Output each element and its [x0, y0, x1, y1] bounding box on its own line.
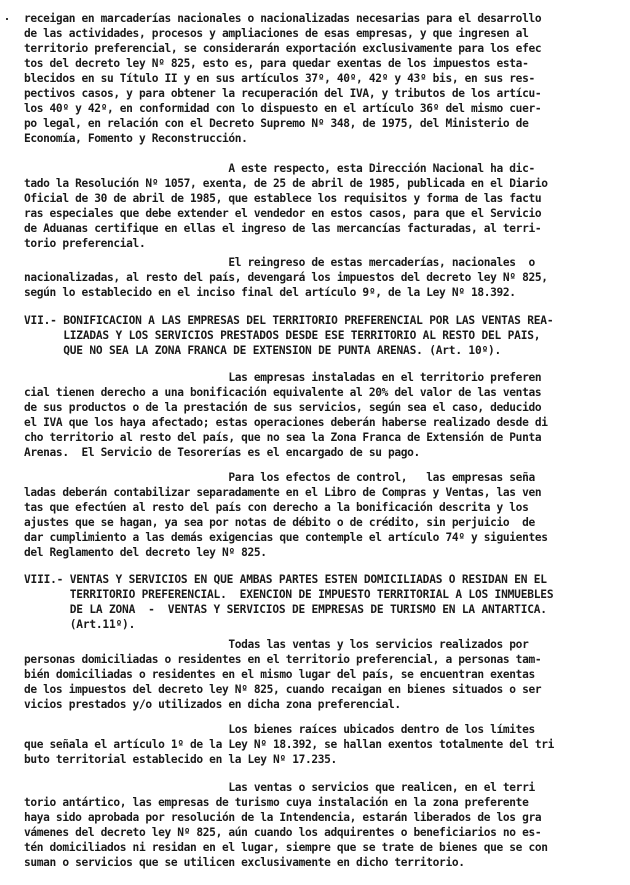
text-line: Los bienes raíces ubicados dentro de los… — [24, 722, 535, 737]
text-line: tado la Resolución Nº 1057, exenta, de 2… — [24, 176, 548, 191]
text-line: del Reglamento del decreto ley Nº 825. — [24, 545, 267, 560]
heading-line: LIZADAS Y LOS SERVICIOS PRESTADOS DESDE … — [24, 328, 540, 343]
text-line: torio antártico, las empresas de turismo… — [24, 795, 528, 810]
text-line: receigan en marcaderías nacionales o nac… — [24, 11, 541, 26]
text-line: Las empresas instaladas en el territorio… — [24, 370, 541, 385]
heading-line: QUE NO SEA LA ZONA FRANCA DE EXTENSION D… — [24, 343, 501, 358]
text-line: tos del decreto ley Nº 825, esto es, par… — [24, 56, 528, 71]
text-line: ladas deberán contabilizar separadamente… — [24, 485, 541, 500]
text-line: tén domiciliados ni residan en el lugar,… — [24, 840, 548, 855]
text-line: ajustes que se hagan, ya sea por notas d… — [24, 515, 535, 530]
text-line: de los impuestos del decreto ley Nº 825,… — [24, 682, 541, 697]
text-line: torio preferencial. — [24, 236, 145, 251]
heading-line: DE LA ZONA - VENTAS Y SERVICIOS DE EMPRE… — [24, 602, 547, 617]
text-line: haya sido aprobada por resolución de la … — [24, 810, 541, 825]
text-line: Economía, Fomento y Reconstrucción. — [24, 131, 248, 146]
text-line: personas domiciliadas o residentes en el… — [24, 652, 541, 667]
text-line: Arenas. El Servicio de Tesorerías es el … — [24, 445, 420, 460]
text-line: bién domiciliadas o residentes en el mis… — [24, 667, 535, 682]
text-line: vicios prestados y/o utilizados en dicha… — [24, 697, 401, 712]
text-line: pectivos casos, y para obtener la recupe… — [24, 86, 541, 101]
text-line: cho territorio al resto del país, que no… — [24, 430, 541, 445]
text-line: suman o servicios que se utilicen exclus… — [24, 855, 465, 870]
heading-line: (Art.11º). — [24, 617, 135, 632]
heading-line: TERRITORIO PREFERENCIAL. EXENCION DE IMP… — [24, 587, 553, 602]
heading-line: VII.- BONIFICACION A LAS EMPRESAS DEL TE… — [24, 313, 553, 328]
text-line: buto territorial establecido en la Ley N… — [24, 752, 337, 767]
scan-speck — [6, 18, 8, 20]
text-line: Para los efectos de control, las empresa… — [24, 470, 535, 485]
text-line: de las actividades, procesos y ampliacio… — [24, 26, 528, 41]
text-line: A este respecto, esta Dirección Nacional… — [24, 161, 535, 176]
text-line: tas que efectúen al resto del país con d… — [24, 500, 528, 515]
text-line: según lo establecido en el inciso final … — [24, 285, 516, 300]
text-line: Todas las ventas y los servicios realiza… — [24, 637, 528, 652]
text-line: los 40º y 42º, en conformidad con lo dis… — [24, 101, 541, 116]
document-page: receigan en marcaderías nacionales o nac… — [0, 0, 630, 885]
text-line: dar cumplimiento a las demás exigencias … — [24, 530, 548, 545]
heading-line: VIII.- VENTAS Y SERVICIOS EN QUE AMBAS P… — [24, 572, 547, 587]
text-line: El reingreso de estas mercaderías, nacio… — [24, 255, 535, 270]
text-line: Las ventas o servicios que realicen, en … — [24, 780, 535, 795]
text-line: ras especiales que debe extender el vend… — [24, 206, 541, 221]
text-line: nacionalizadas, al resto del país, deven… — [24, 270, 548, 285]
text-line: cial tienen derecho a una bonificación e… — [24, 385, 541, 400]
text-line: po legal, en relación con el Decreto Sup… — [24, 116, 528, 131]
text-line: de sus productos o de la prestación de s… — [24, 400, 541, 415]
text-line: territorio preferencial, se considerarán… — [24, 41, 541, 56]
text-line: vámenes del decreto ley Nº 825, aún cuan… — [24, 825, 541, 840]
text-line: que señala el artículo 1º de la Ley Nº 1… — [24, 737, 554, 752]
text-line: Oficial de 30 de abril de 1985, que esta… — [24, 191, 541, 206]
text-line: el IVA que los haya afectado; estas oper… — [24, 415, 548, 430]
text-line: blecidos en su Título II y en sus artícu… — [24, 71, 535, 86]
text-line: de Aduanas certifique en ellas el ingres… — [24, 221, 541, 236]
